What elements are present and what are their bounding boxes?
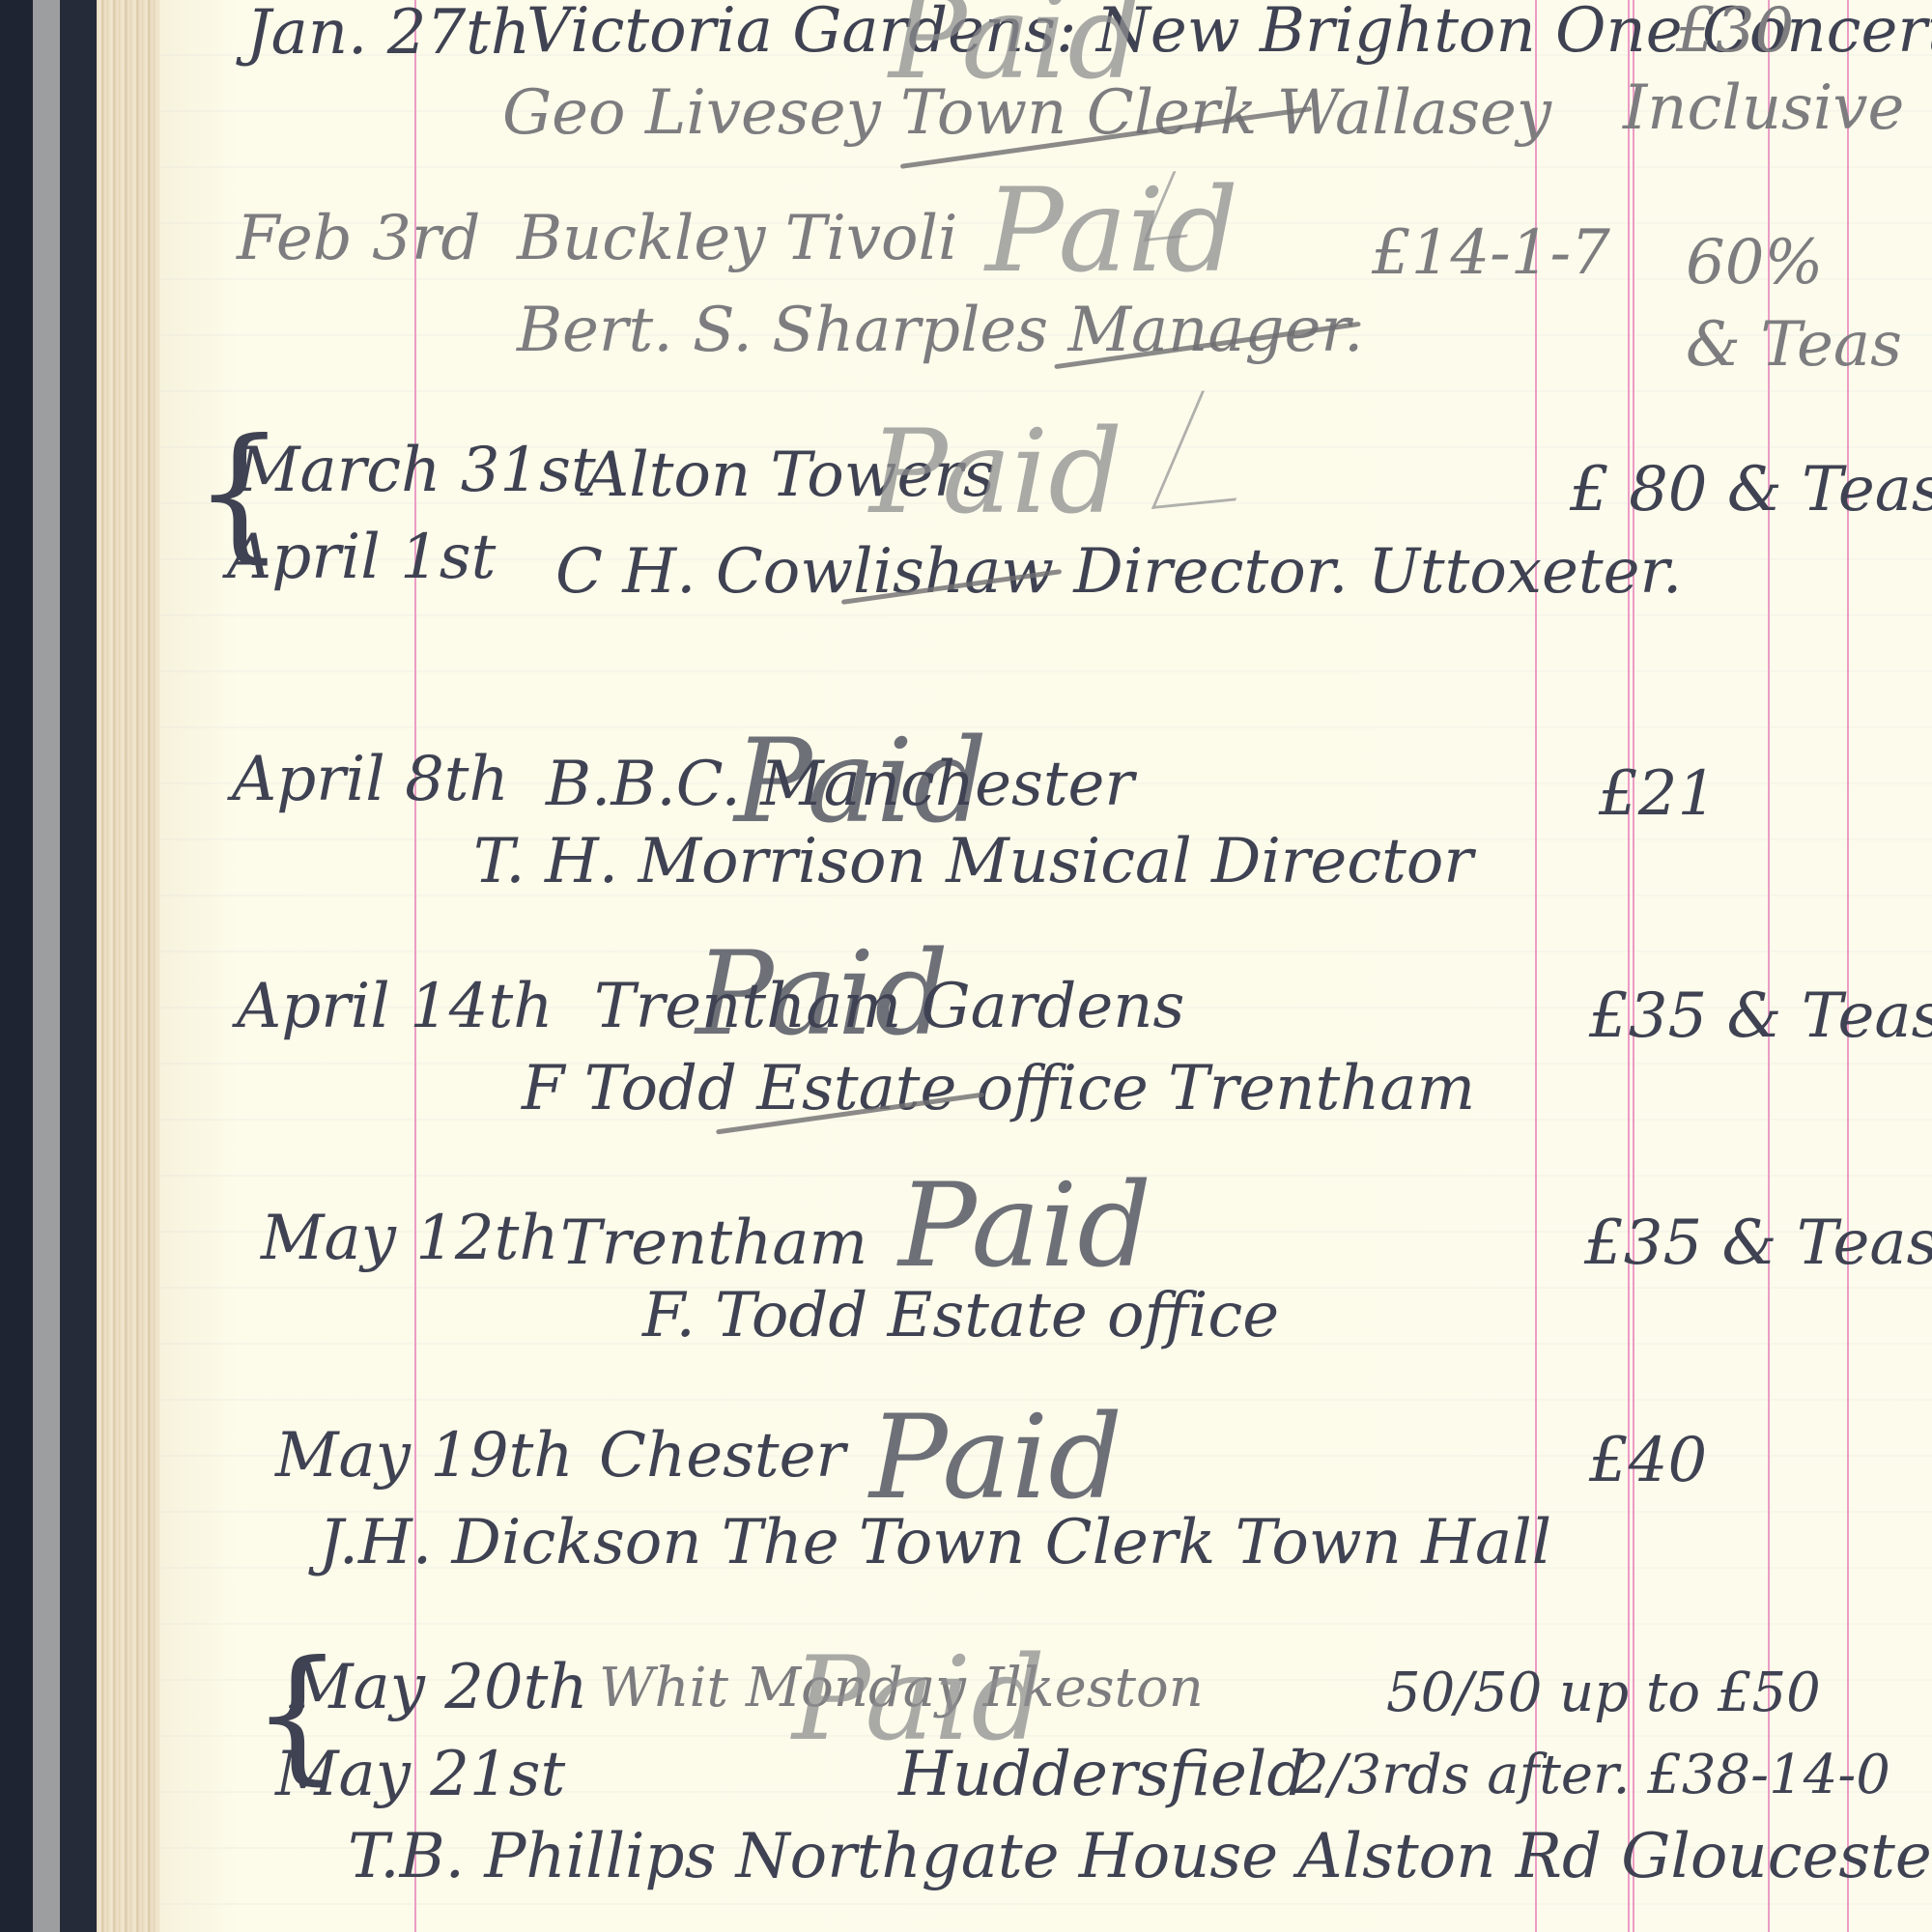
entry-date: May 12th [261,1207,559,1269]
entry-contact: F. Todd Estate office [642,1285,1279,1347]
binding-gap [33,0,60,1932]
paid-stamp: Paid [734,715,987,849]
entry-date-2: May 21st [275,1744,565,1805]
entry-date: Jan. 27th [246,2,530,64]
entry-fee: £ 80 & Teas [1570,459,1932,521]
page-edges [97,0,159,1932]
paid-stamp: Paid [869,406,1122,540]
entry-fee: 50/50 up to £50 [1386,1666,1821,1720]
paid-stamp: Paid [869,1391,1122,1525]
column-rule-venue [1535,0,1537,1932]
paid-stamp: Paid [792,1633,1045,1767]
entry-fee: £35 & Teas [1584,1212,1932,1274]
entry-venue: Chester [599,1425,845,1487]
column-rule-right [1847,0,1849,1932]
entry-date: April 14th [237,976,553,1037]
entry-date: March 31st [237,440,596,501]
entry-terms-extra: & Teas [1686,314,1902,376]
entry-terms: 60% [1686,232,1823,294]
entry-fee: £40 [1589,1430,1707,1492]
book-binding [0,0,159,1932]
column-rule-fee-right [1633,0,1634,1932]
entry-date: May 20th [290,1657,588,1719]
paid-stamp: Paid [696,927,949,1062]
entry-contact: F Todd Estate office Trentham [522,1058,1475,1120]
entry-date: Feb 3rd [237,208,480,270]
entry-venue: Buckley Tivoli [517,208,958,270]
entry-date: May 19th [275,1425,574,1487]
entry-contact: C H. Cowlishaw Director. Uttoxeter. [555,541,1682,603]
entry-fee: £21 [1599,763,1717,825]
entry-fee: £14-1-7 [1372,222,1610,284]
column-rule-fee-left [1628,0,1630,1932]
entry-venue: Trentham [560,1212,867,1274]
entry-date: April 8th [232,749,509,810]
entry-date-2: April 1st [227,526,496,588]
binding-cloth-inner [60,0,97,1932]
entry-fee: £35 & Teas [1589,985,1932,1047]
binding-cloth [0,0,33,1932]
entry-contact: T.B. Phillips Northgate House Alston Rd … [348,1826,1932,1888]
entry-terms: Inclusive [1623,77,1904,139]
paid-stamp: Paid [889,0,1142,105]
entry-fee: £30 [1676,0,1794,62]
paid-stamp: Paid [898,1159,1151,1293]
column-rule-date [414,0,416,1932]
entry-fee-2: 2/3rds after. £38-14-0 [1294,1748,1890,1803]
entry-contact: Bert. S. Sharples Manager. [517,299,1363,361]
